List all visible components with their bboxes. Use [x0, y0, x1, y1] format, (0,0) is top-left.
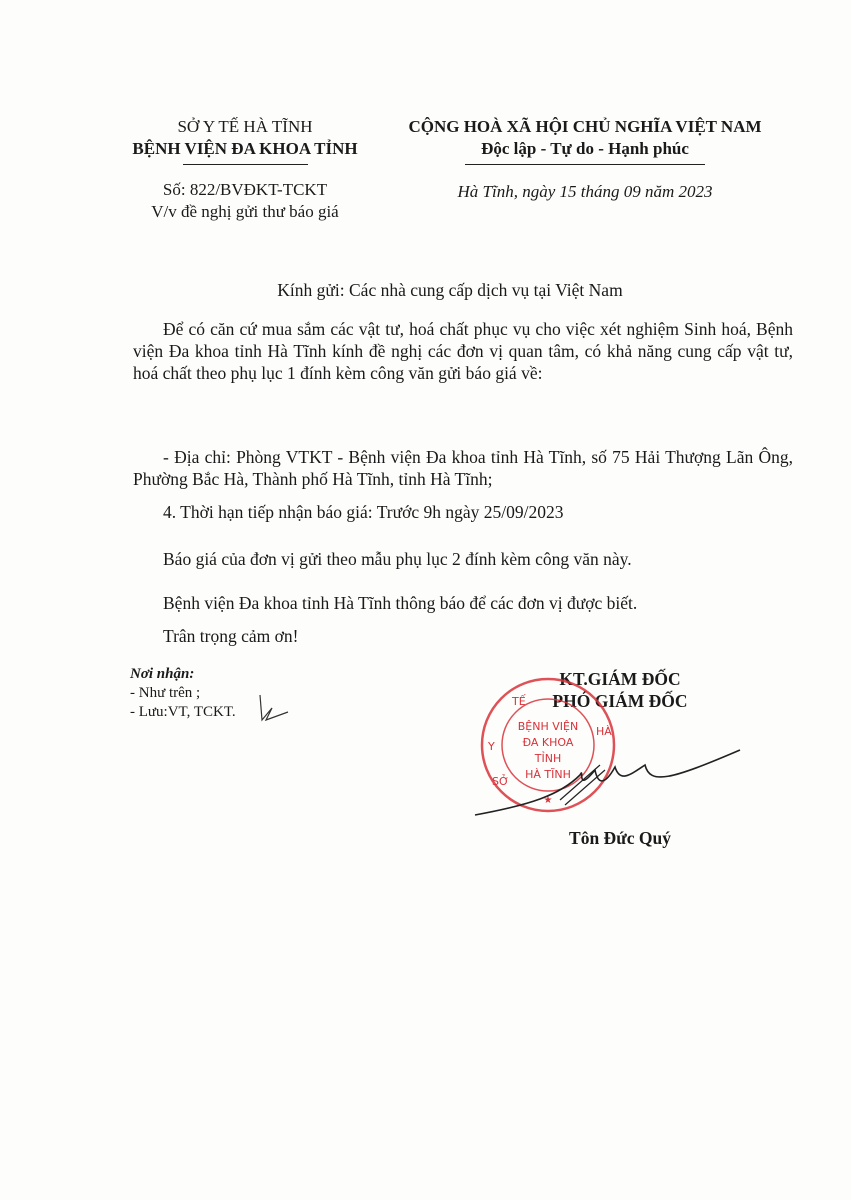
issuer-block: SỞ Y TẾ HÀ TĨNH BỆNH VIỆN ĐA KHOA TỈNH S…	[100, 116, 390, 223]
svg-text:HÀ: HÀ	[596, 725, 612, 738]
motto: Độc lập - Tự do - Hạnh phúc	[375, 138, 795, 160]
national-header: CỘNG HOÀ XÃ HỘI CHỦ NGHĨA VIỆT NAM Độc l…	[375, 116, 795, 203]
notice: Bệnh viện Đa khoa tỉnh Hà Tĩnh thông báo…	[163, 592, 637, 614]
document-number: Số: 822/BVĐKT-TCKT	[100, 179, 390, 201]
initials-mark	[252, 690, 297, 730]
recipient-item: - Như trên ;	[130, 684, 236, 703]
svg-text:BỆNH VIỆN: BỆNH VIỆN	[518, 720, 578, 733]
divider	[465, 164, 705, 165]
salutation: Kính gửi: Các nhà cung cấp dịch vụ tại V…	[100, 279, 800, 301]
address-paragraph: - Địa chỉ: Phòng VTKT - Bệnh viện Đa kho…	[133, 446, 793, 490]
svg-text:TẾ: TẾ	[511, 694, 526, 708]
recipients-label: Nơi nhận:	[130, 665, 236, 684]
intro-paragraph: Để có căn cứ mua sắm các vật tư, hoá chấ…	[133, 318, 793, 384]
document-subject: V/v đề nghị gửi thư báo giá	[100, 201, 390, 223]
organization-name: BỆNH VIỆN ĐA KHOA TỈNH	[100, 138, 390, 160]
divider	[183, 164, 308, 165]
place-date: Hà Tĩnh, ngày 15 tháng 09 năm 2023	[375, 181, 795, 203]
recipient-item: - Lưu:VT, TCKT.	[130, 703, 236, 722]
closing: Trân trọng cảm ơn!	[163, 625, 298, 647]
deadline: 4. Thời hạn tiếp nhận báo giá: Trước 9h …	[163, 501, 563, 523]
department-name: SỞ Y TẾ HÀ TĨNH	[100, 116, 390, 138]
handwritten-signature	[470, 745, 750, 825]
template-note: Báo giá của đơn vị gửi theo mẫu phụ lục …	[163, 548, 632, 570]
nation-title: CỘNG HOÀ XÃ HỘI CHỦ NGHĨA VIỆT NAM	[375, 116, 795, 138]
signer-name: Tôn Đức Quý	[520, 828, 720, 849]
recipients-block: Nơi nhận: - Như trên ; - Lưu:VT, TCKT.	[130, 665, 236, 722]
